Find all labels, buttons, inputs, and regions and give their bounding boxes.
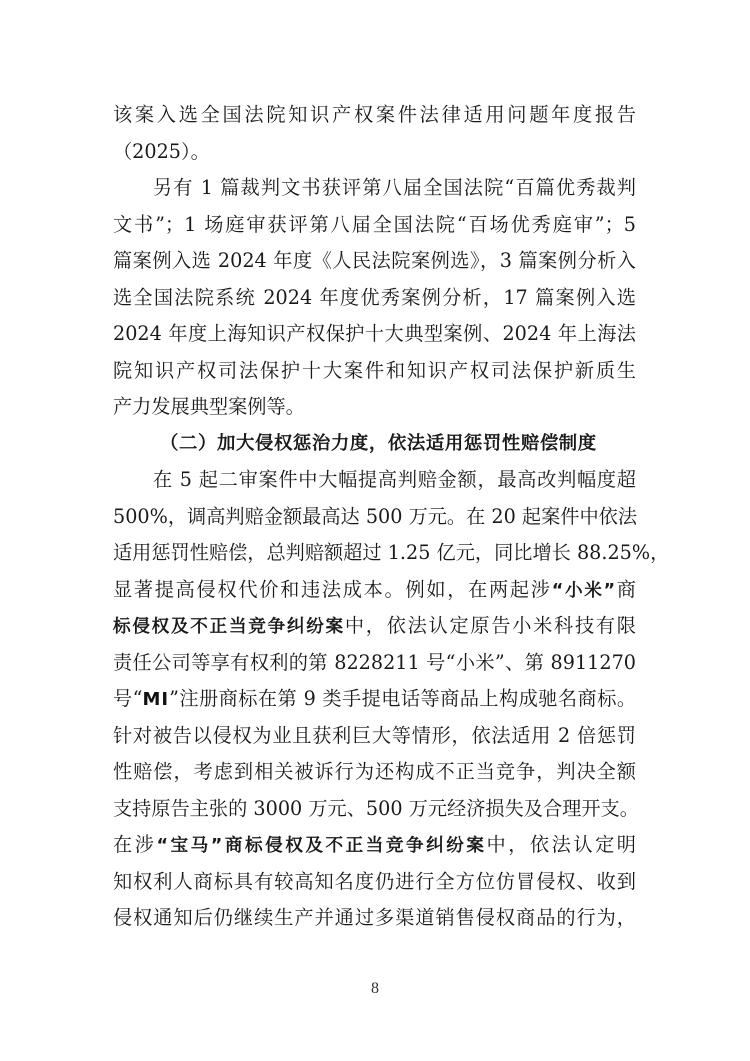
- text-run: 号“: [113, 687, 142, 710]
- case-name-highlight: “宝马”商标侵权及不正当竞争纠纷案: [156, 836, 486, 856]
- document-page: 该案入选全国法院知识产权案件法律适用问题年度报告 （2025）。 另有 1 篇裁…: [0, 0, 750, 1061]
- body-text: 该案入选全国法院知识产权案件法律适用问题年度报告 （2025）。 另有 1 篇裁…: [113, 97, 636, 937]
- paragraph-line: 选全国法院系统 2024 年度优秀案例分析，17 篇案例入选: [113, 280, 636, 317]
- page-number: 8: [0, 980, 750, 998]
- paragraph-line: 院知识产权司法保护十大案件和知识产权司法保护新质生: [113, 353, 636, 390]
- paragraph-line: 500%，调高判赔金额最高达 500 万元。在 20 起案件中依法: [113, 499, 636, 536]
- paragraph-line: 在 5 起二审案件中大幅提高判赔金额，最高改判幅度超: [113, 462, 636, 499]
- paragraph-line: 产力发展典型案例等。: [113, 389, 636, 426]
- text-run: 中，依法认定明: [487, 833, 637, 856]
- paragraph-line: 性赔偿，考虑到相关被诉行为还构成不正当竞争，判决全额: [113, 754, 636, 791]
- case-name-highlight: 标侵权及不正当竞争纠纷案: [113, 617, 345, 637]
- paragraph-line: 另有 1 篇裁判文书获评第八届全国法院“百篇优秀裁判: [113, 170, 636, 207]
- paragraph-line: 该案入选全国法院知识产权案件法律适用问题年度报告: [113, 97, 636, 134]
- mi-trademark-logo-icon: MI: [142, 682, 169, 719]
- paragraph-line: 显著提高侵权代价和违法成本。例如，在两起涉“小米”商: [113, 572, 636, 609]
- paragraph-line: 标侵权及不正当竞争纠纷案中，依法认定原告小米科技有限: [113, 608, 636, 645]
- text-run: 显著提高侵权代价和违法成本。例如，在两起涉: [113, 578, 552, 601]
- text-run: 商: [615, 578, 636, 601]
- paragraph-line: （2025）。: [113, 134, 636, 171]
- paragraph-line: 号“MI”注册商标在第 9 类手提电话等商品上构成驰名商标。: [113, 681, 636, 718]
- text-run: ”注册商标在第 9 类手提电话等商品上构成驰名商标。: [169, 687, 636, 710]
- paragraph-line: 针对被告以侵权为业且获利巨大等情形，依法适用 2 倍惩罚: [113, 718, 636, 755]
- paragraph-line: 支持原告主张的 3000 万元、500 万元经济损失及合理开支。: [113, 791, 636, 828]
- case-name-highlight: “小米”: [552, 581, 615, 601]
- paragraph-line: 文书”；1 场庭审获评第八届全国法院“百场优秀庭审”；5: [113, 207, 636, 244]
- paragraph-line: 适用惩罚性赔偿，总判赔额超过 1.25 亿元，同比增长 88.25%，: [113, 535, 636, 572]
- paragraph-line: 2024 年度上海知识产权保护十大典型案例、2024 年上海法: [113, 316, 636, 353]
- paragraph-line: 知权利人商标具有较高知名度仍进行全方位仿冒侵权、收到: [113, 864, 636, 901]
- paragraph-line: 责任公司等享有权利的第 8228211 号“小米”、第 8911270: [113, 645, 636, 682]
- paragraph-line: 侵权通知后仍继续生产并通过多渠道销售侵权商品的行为，: [113, 900, 636, 937]
- paragraph-line: 在涉“宝马”商标侵权及不正当竞争纠纷案中，依法认定明: [113, 827, 636, 864]
- text-run: 在涉: [113, 833, 156, 856]
- section-heading: （二）加大侵权惩治力度，依法适用惩罚性赔偿制度: [113, 426, 636, 463]
- paragraph-line: 篇案例入选 2024 年度《人民法院案例选》，3 篇案例分析入: [113, 243, 636, 280]
- text-run: 中，依法认定原告小米科技有限: [345, 614, 636, 637]
